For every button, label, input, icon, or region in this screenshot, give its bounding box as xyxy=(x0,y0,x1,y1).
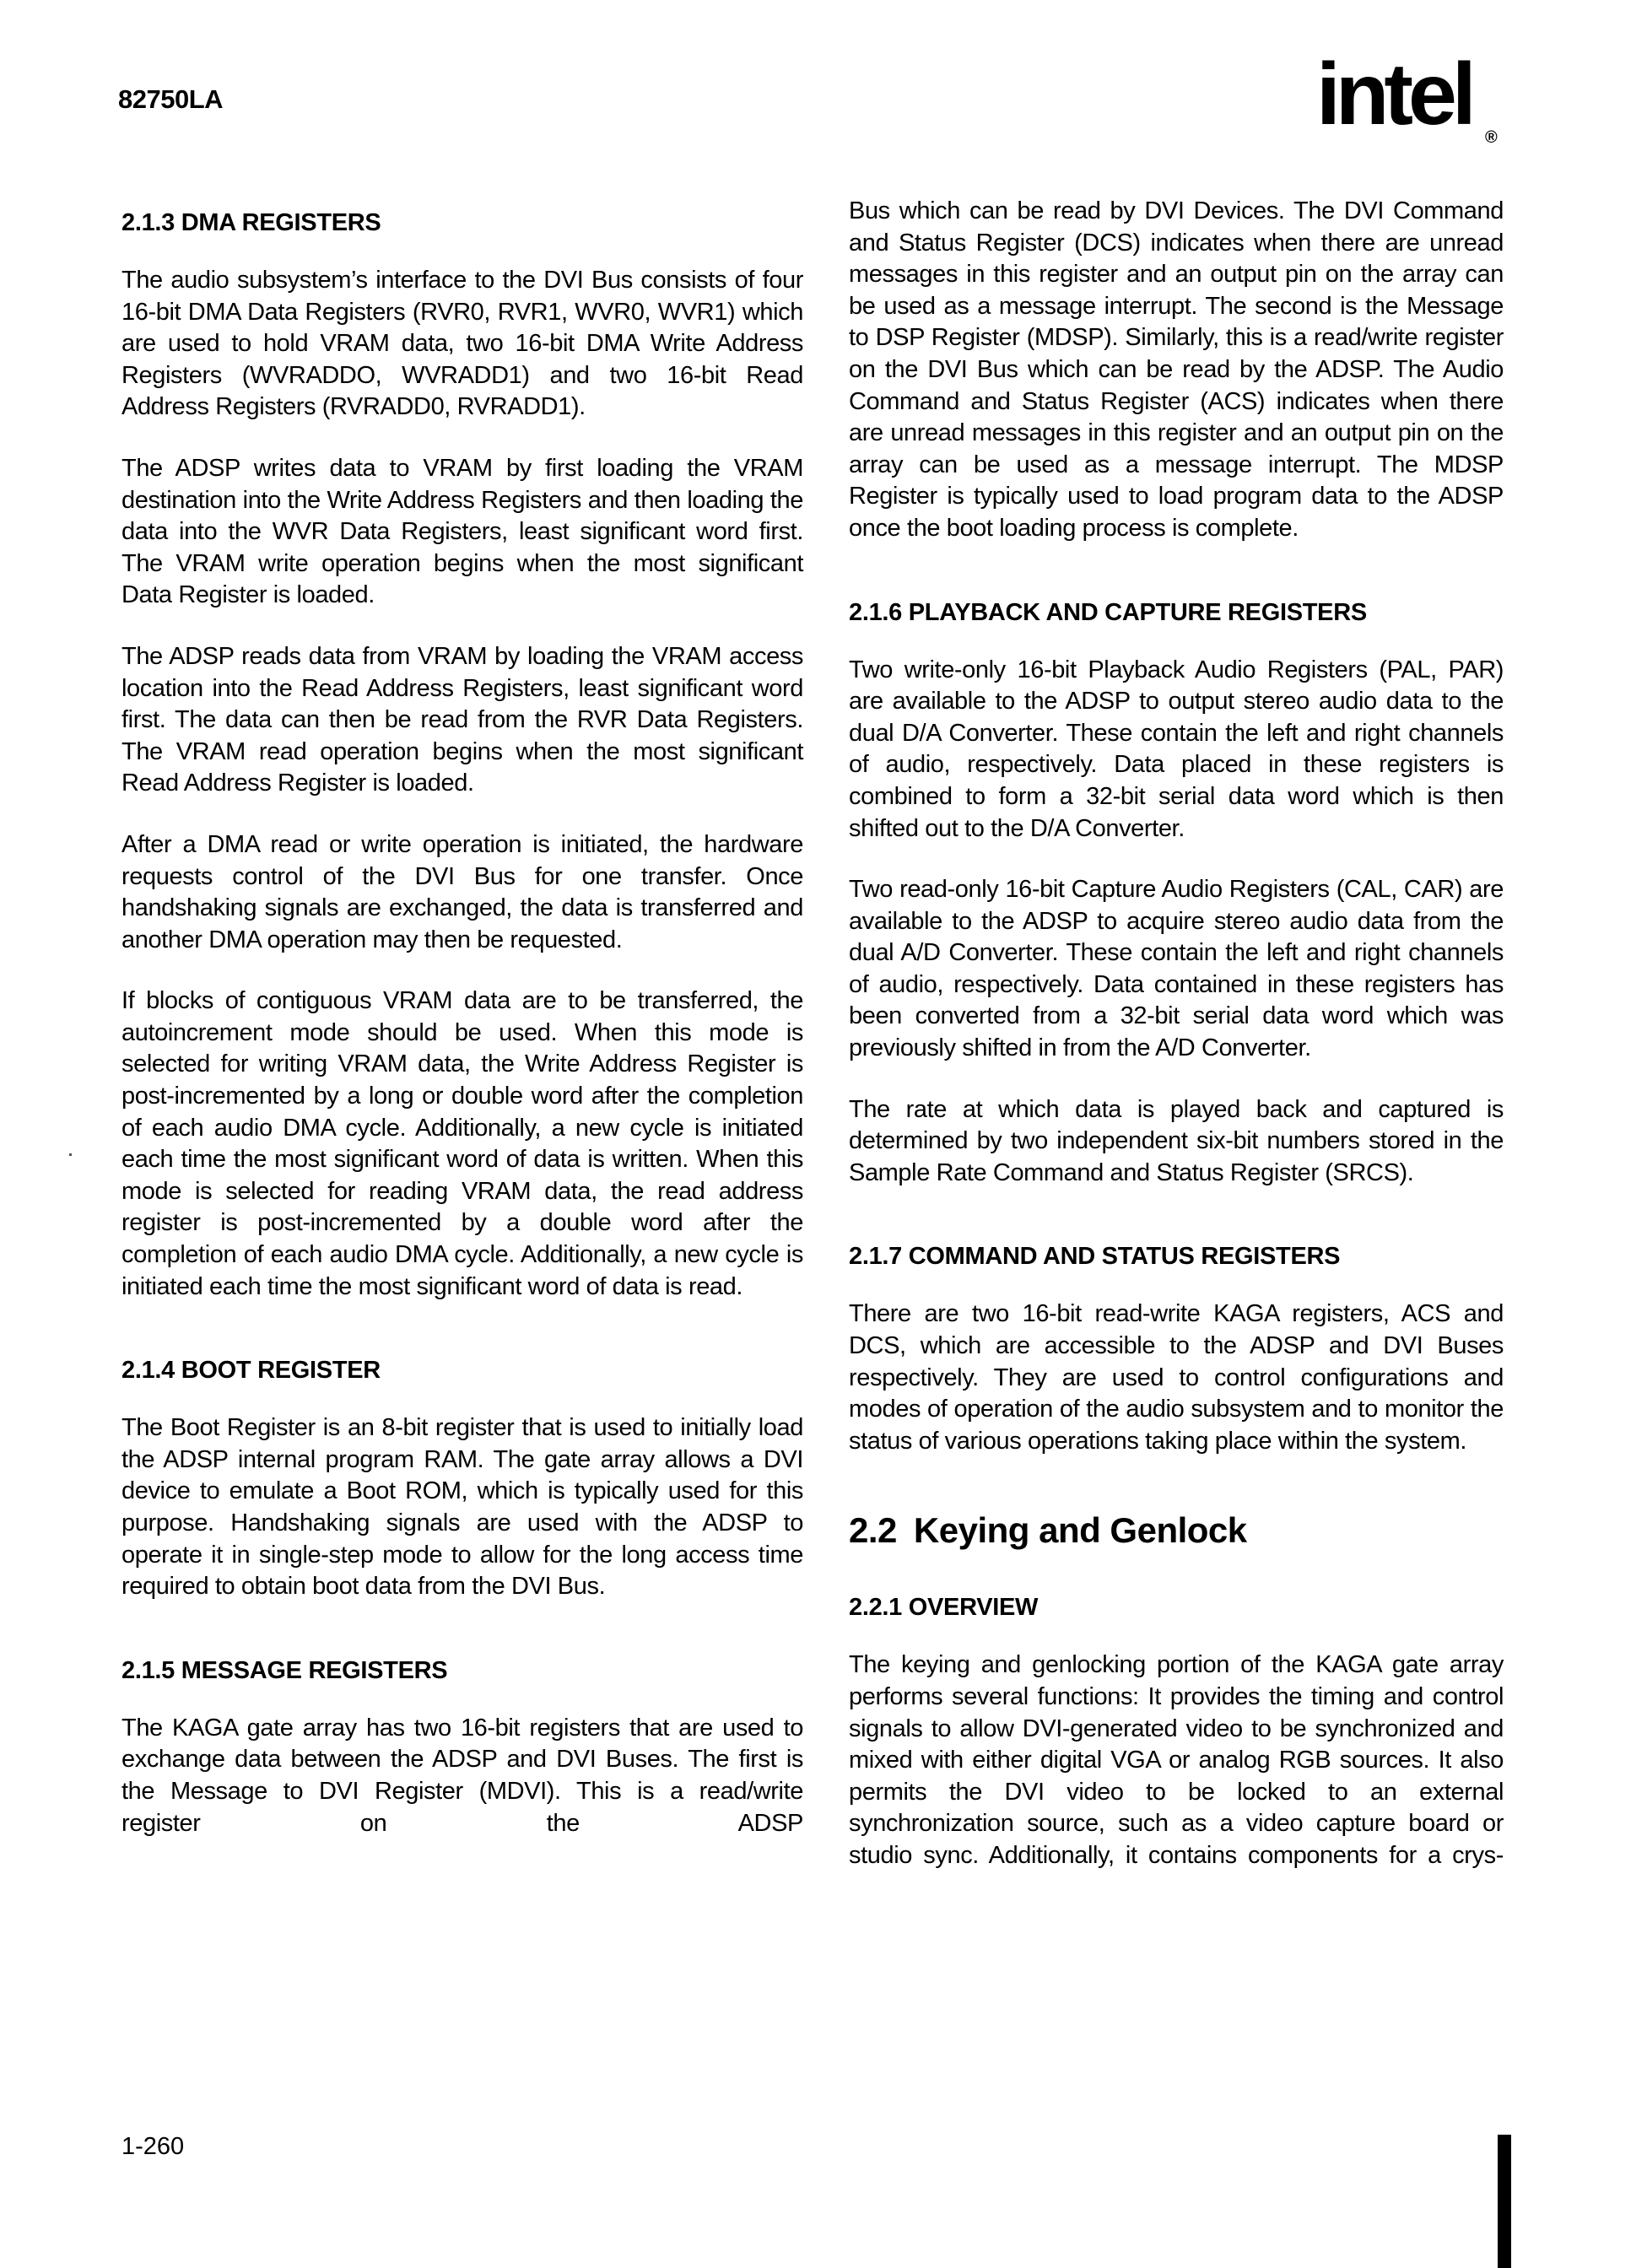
paragraph: The ADSP reads data from VRAM by loading… xyxy=(121,641,803,800)
left-column: 2.1.3 DMA REGISTERS The audio subsystem’… xyxy=(121,206,803,1839)
registered-mark-icon: ® xyxy=(1485,128,1498,148)
paragraph: If blocks of contiguous VRAM data are to… xyxy=(121,985,803,1303)
paragraph: Two read-only 16-bit Capture Audio Regis… xyxy=(849,874,1504,1065)
paragraph: There are two 16-bit read-write KAGA reg… xyxy=(849,1299,1504,1457)
paragraph: The audio subsystem’s interface to the D… xyxy=(121,265,803,424)
paragraph-continuation: Bus which can be read by DVI Devices. Th… xyxy=(849,196,1504,545)
section-2-1-6: 2.1.6 PLAYBACK AND CAPTURE REGISTERS Two… xyxy=(849,596,1504,1190)
thumb-index-bar xyxy=(1498,2135,1511,2268)
paragraph: The ADSP writes data to VRAM by first lo… xyxy=(121,453,803,612)
paragraph: The keying and genlocking portion of the… xyxy=(849,1650,1504,1871)
section-2-1-3: 2.1.3 DMA REGISTERS The audio subsystem’… xyxy=(121,206,803,1303)
section-2-1-7: 2.1.7 COMMAND AND STATUS REGISTERS There… xyxy=(849,1239,1504,1457)
chapter-title: Keying and Genlock xyxy=(914,1510,1247,1550)
paragraph: The rate at which data is played back an… xyxy=(849,1094,1504,1190)
scan-artifact xyxy=(69,1153,72,1156)
intel-logo-text: intel xyxy=(1316,51,1471,138)
document-id: 82750LA xyxy=(118,84,223,115)
section-2-1-5: 2.1.5 MESSAGE REGISTERS The KAGA gate ar… xyxy=(121,1654,803,1839)
intel-logo: intel ® xyxy=(1316,51,1502,160)
section-2-2: 2.2Keying and Genlock xyxy=(849,1508,1504,1553)
chapter-number: 2.2 xyxy=(849,1510,897,1550)
right-column: Bus which can be read by DVI Devices. Th… xyxy=(849,196,1504,1872)
section-heading: 2.2.1 OVERVIEW xyxy=(849,1590,1504,1624)
section-heading: 2.1.5 MESSAGE REGISTERS xyxy=(121,1654,803,1687)
section-heading: 2.1.3 DMA REGISTERS xyxy=(121,206,803,240)
section-2-2-1: 2.2.1 OVERVIEW The keying and genlocking… xyxy=(849,1590,1504,1871)
section-2-1-4: 2.1.4 BOOT REGISTER The Boot Register is… xyxy=(121,1353,803,1603)
section-heading: 2.1.7 COMMAND AND STATUS REGISTERS xyxy=(849,1239,1504,1273)
paragraph: Two write-only 16-bit Playback Audio Reg… xyxy=(849,655,1504,845)
section-heading: 2.1.6 PLAYBACK AND CAPTURE REGISTERS xyxy=(849,596,1504,629)
paragraph: The KAGA gate array has two 16-bit regis… xyxy=(121,1713,803,1839)
section-heading: 2.1.4 BOOT REGISTER xyxy=(121,1353,803,1387)
paragraph: The Boot Register is an 8-bit register t… xyxy=(121,1412,803,1603)
page-number: 1-260 xyxy=(121,2133,184,2161)
paragraph: After a DMA read or write operation is i… xyxy=(121,829,803,956)
chapter-heading: 2.2Keying and Genlock xyxy=(849,1508,1504,1553)
